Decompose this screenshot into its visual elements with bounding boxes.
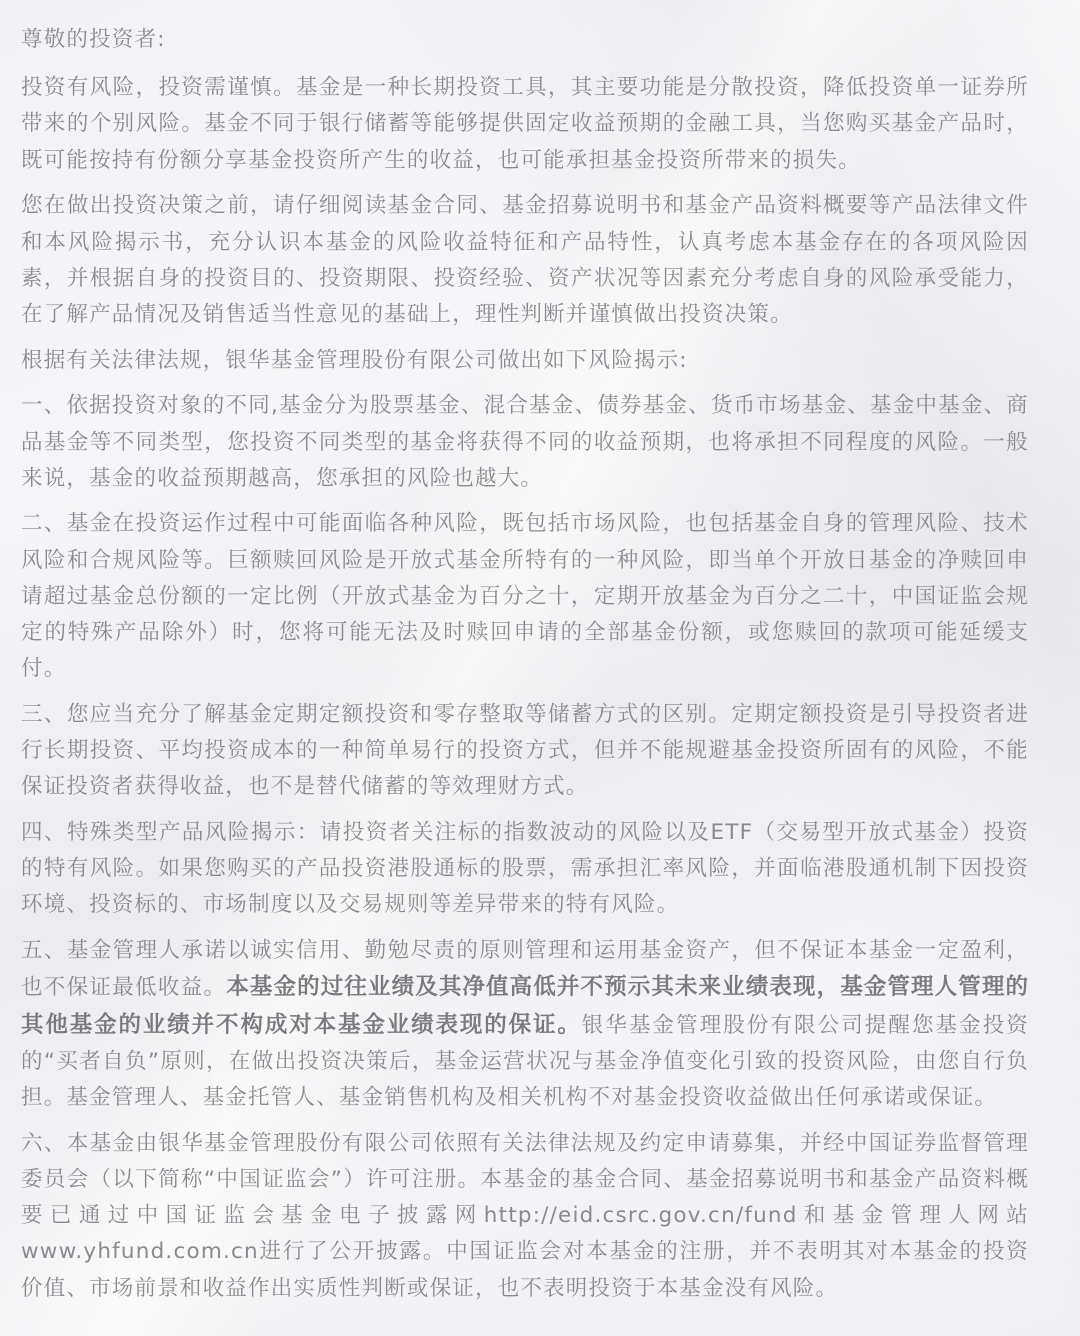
greeting: 尊敬的投资者: <box>21 22 1029 58</box>
intro-paragraph: 投资有风险，投资需谨慎。基金是一种长期投资工具，其主要功能是分散投资，降低投资单… <box>21 70 1029 179</box>
risk-item-3: 三、您应当充分了解基金定期定额投资和零存整取等储蓄方式的区别。定期定额投资是引导… <box>21 697 1029 806</box>
risk-item-4: 四、特殊类型产品风险揭示：请投资者关注标的指数波动的风险以及ETF（交易型开放式… <box>21 815 1029 924</box>
risk-item-6: 六、本基金由银华基金管理股份有限公司依照有关法律法规及约定申请募集，并经中国证券… <box>21 1126 1029 1307</box>
risk-item-1: 一、依据投资对象的不同,基金分为股票基金、混合基金、债券基金、货币市场基金、基金… <box>21 388 1029 497</box>
risk-item-5: 五、基金管理人承诺以诚实信用、勤勉尽责的原则管理和运用基金资产，但不保证本基金一… <box>21 933 1029 1116</box>
risk-disclosure-document: 尊敬的投资者: 投资有风险，投资需谨慎。基金是一种长期投资工具，其主要功能是分散… <box>21 22 1029 1316</box>
preface-paragraph: 根据有关法律法规，银华基金管理股份有限公司做出如下风险揭示: <box>21 343 1029 379</box>
risk-item-2: 二、基金在投资运作过程中可能面临各种风险，既包括市场风险，也包括基金自身的管理风… <box>21 506 1029 687</box>
before-decision-paragraph: 您在做出投资决策之前，请仔细阅读基金合同、基金招募说明书和基金产品资料概要等产品… <box>21 188 1029 333</box>
